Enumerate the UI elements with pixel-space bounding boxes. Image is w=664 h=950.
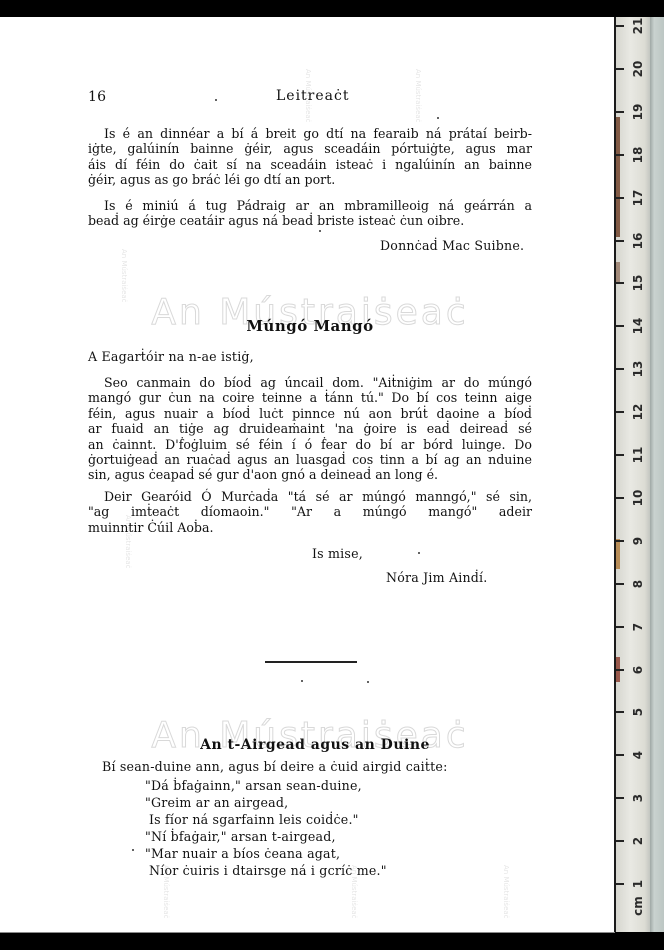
letter2-paragraph-1: Seo canmain do bíoḋ ag úncail dom. "Aiṫn… [88,375,532,483]
letter2-salutation: A Eagarṫóir na n-ae istiġ, [88,349,254,364]
ruler-tick [616,197,624,199]
text-line: ġortuiġeaḋ an ruaċaḋ agus an luasgaḋ cos… [88,452,532,467]
ruler-label: 21 [630,16,646,36]
text-line: sin, agus ċeapaḋ sé gur d'aon gnó a dein… [88,467,532,482]
poem-line: "Ní ḃfaġair," arsan t-airgead, [145,829,336,844]
ruler-stain [616,117,620,237]
ruler-label: 12 [630,402,646,422]
ruler-label: 19 [630,102,646,122]
text-line: Deir Gearóid Ó Murċaḋa "tá sé ar múngó m… [88,489,532,504]
poem-intro: Bí sean-duine ann, agus bí deire a ċuid … [102,759,448,774]
ruler-tick [616,840,624,842]
speck [132,849,134,851]
ruler-unit-label: cm [630,896,646,916]
ruler-tick [616,540,624,542]
text-line: ġéir, agus as go bráċ léi go dtí an port… [88,172,532,187]
speck [319,230,321,232]
ruler-tick [616,325,624,327]
ruler-tick [616,797,624,799]
ruler-stain [616,262,620,282]
ruler-tick [616,68,624,70]
letter2-signature: Nóra Jim Ainḋí. [386,570,487,585]
ruler-label: 13 [630,359,646,379]
ruler-tick [616,583,624,585]
ruler-tick [616,454,624,456]
ruler-stain [616,539,620,569]
measuring-ruler: 123456789101112131415161718192021cm [614,17,652,932]
letter1-signature: Donnċaḋ Mac Suibne. [380,238,524,253]
ruler-label: 5 [630,702,646,722]
ruler-label: 14 [630,316,646,336]
text-line: iġte, galúinín bainne ġéir, agus sceadái… [88,141,532,156]
poem-line: "Greim ar an airgead, [145,795,288,810]
ruler-label: 9 [630,531,646,551]
ruler-label: 17 [630,188,646,208]
poem-line: Is fíor ná sgarfainn leis coiḋċe." [149,812,359,827]
letter2-title: Múngó Mangó [180,317,440,335]
letter2-paragraph-2: Deir Gearóid Ó Murċaḋa "tá sé ar múngó m… [88,489,532,535]
text-line: Is é an dinnéar a bí á breit go dtí na f… [88,126,532,141]
text-line: an ċainnt. D'ḟoġluim sé féin í ó ḟear do… [88,437,532,452]
speck [367,681,369,683]
ruler-label: 3 [630,788,646,808]
ruler-tick [616,626,624,628]
ruler-label: 7 [630,617,646,637]
ruler-label: 2 [630,831,646,851]
ruler-backing [650,17,664,932]
running-header: Leitreaċt [276,89,349,104]
ruler-label: 18 [630,145,646,165]
ruler-tick [616,883,624,885]
ruler-tick [616,411,624,413]
text-line: ar fuaid an tiġe ag druideaṁaint 'na ġoi… [88,421,532,436]
ruler-label: 4 [630,745,646,765]
letter1-paragraph-1: Is é an dinnéar a bí á breit go dtí na f… [88,126,532,188]
ruler-tick [616,282,624,284]
poem-line: Níor ċuiris i dtairsge ná i gcríċ me." [149,863,387,878]
text-line: mangó gur ċun na coire teinne a ṫánn tú.… [88,390,532,405]
ruler-tick [616,711,624,713]
faint-watermark: An Mústraiṡeaċ [502,865,510,919]
scanned-page: An Mústraiṡeaċ An Mústraiṡeaċ An Mústrai… [0,17,615,933]
page-number: 16 [88,90,106,105]
ruler-tick [616,669,624,671]
ruler-tick [616,754,624,756]
poem-line: "Dá ḃfaġainn," arsan sean-duine, [145,778,362,793]
ruler-label: 10 [630,488,646,508]
ruler-tick [616,368,624,370]
speck [215,99,217,101]
letter2-closing: Is mise, [312,546,363,561]
speck [301,680,303,682]
ruler-tick [616,154,624,156]
ruler-tick [616,25,624,27]
ruler-label: 8 [630,574,646,594]
text-line: féin, agus nuair a bíoḋ luċt pinnce nú a… [88,406,532,421]
ruler-label: 20 [630,59,646,79]
ruler-tick [616,240,624,242]
ruler-label: 6 [630,660,646,680]
ruler-label: 15 [630,273,646,293]
poem-title: An t-Airgead agus an Duine [150,737,480,753]
text-line: Seo canmain do bíoḋ ag úncail dom. "Aiṫn… [88,375,532,390]
faint-watermark: An Mústraiṡeaċ [414,69,422,123]
text-line: "ag imṫeaċt díomaoin." "Ar a múngó mangó… [88,504,532,519]
speck [418,552,420,554]
section-divider [265,661,357,663]
ruler-tick [616,497,624,499]
ruler-tick [616,111,624,113]
ruler-label: 16 [630,231,646,251]
ruler-label: 1 [630,874,646,894]
text-line: muinntir Ċúil Aoḃa. [88,520,532,535]
letter1-paragraph-2: Is é miniú á tug Pádraig ar an mbramille… [88,198,532,229]
speck [437,117,439,119]
text-line: Is é miniú á tug Pádraig ar an mbramille… [88,198,532,213]
text-line: beaḋ ag éirġe ceatáir agus ná beaḋ brist… [88,213,532,228]
text-line: áis dí féin do ċait sí na sceadáin istea… [88,157,532,172]
ruler-label: 11 [630,445,646,465]
poem-line: "Mar nuair a bíos ċeana agat, [145,846,340,861]
